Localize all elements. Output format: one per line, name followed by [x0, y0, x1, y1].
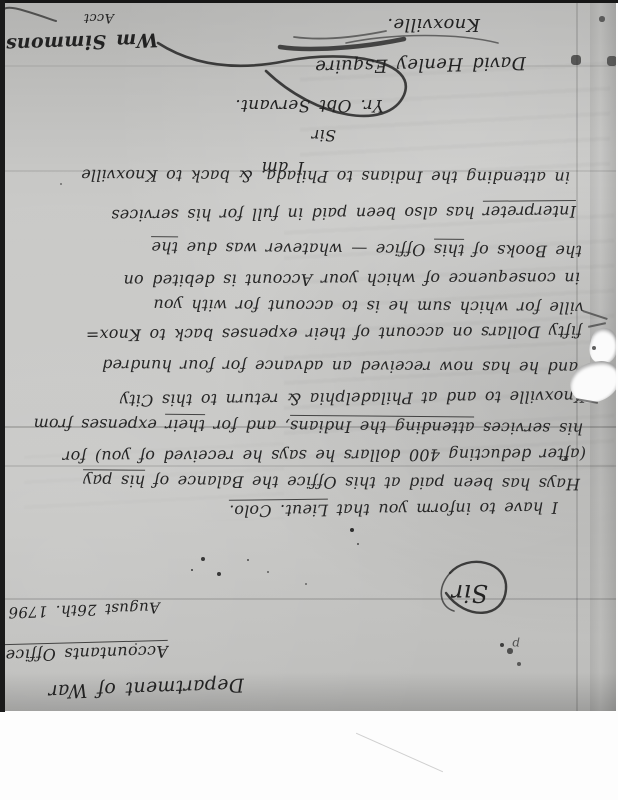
closing-sir: Sir: [311, 126, 336, 145]
letter-body-line: the Books of this Office — whatever was …: [151, 238, 582, 261]
letter-content-upside-down: Department of War Accountants Office Aug…: [4, 2, 616, 711]
letterhead-office: Accountants Office: [5, 640, 168, 665]
phrase: expenses from: [33, 415, 165, 435]
address-place: Knoxville.: [387, 14, 480, 35]
letter-body-line: in attending the Indians to Philada. & b…: [81, 166, 570, 188]
signature-title: Acct: [84, 10, 114, 25]
salutation: Sir: [452, 579, 489, 607]
letter-body-line: Interpreter has also been paid in full f…: [111, 202, 576, 225]
phrase: his services: [474, 418, 583, 438]
underlined-phrase: attending the Indians: [290, 415, 475, 438]
phrase: ville for which sum he is to account for…: [153, 295, 584, 317]
letter-body-line: in consequence of which your Account is …: [123, 269, 580, 290]
scanned-letter-page: Department of War Accountants Office Aug…: [0, 0, 618, 800]
address-recipient: David Henley Esquire: [315, 52, 526, 77]
closing-servant: Yr. Obt Servant.: [235, 95, 384, 115]
phrase: has also been paid in full for his servi…: [111, 203, 483, 225]
underlined-phrase: this: [433, 239, 464, 260]
phrase: I have to inform you that: [328, 498, 558, 519]
letter-body-line: Knoxville to and at Philadelphia & retur…: [120, 387, 586, 410]
letter-paper: Department of War Accountants Office Aug…: [4, 2, 616, 711]
scan-edge-top: [0, 0, 618, 3]
phrase: Hays has been paid at this Office the Ba…: [145, 472, 580, 494]
phrase: the Books of: [464, 241, 582, 261]
phrase: (after deducting 400 dollars he says he …: [63, 445, 586, 467]
letter-body-line: Hays has been paid at this Office the Ba…: [83, 471, 580, 493]
phrase: , and for: [205, 416, 290, 436]
underlined-phrase: Interpreter: [483, 200, 576, 222]
phrase: fifty Dollars on account of their expens…: [86, 322, 582, 344]
underlined-phrase: the: [151, 236, 178, 257]
underlined-phrase: his pay: [83, 469, 145, 490]
underlined-phrase: their: [165, 414, 205, 435]
phrase: in consequence of which your Account is …: [123, 269, 580, 290]
letter-body-line: I have to inform you that Lieut. Colo.: [229, 498, 558, 520]
letter-body-line: (after deducting 400 dollars he says he …: [63, 445, 586, 467]
phrase: Knoxville to and at Philadelphia & retur…: [120, 387, 586, 410]
closing-i-am: I am: [261, 157, 304, 177]
letter-body-line: ville for which sum he is to account for…: [153, 295, 584, 317]
phrase: and he has now received an advance for f…: [102, 356, 578, 377]
scanner-scratch: [356, 733, 443, 773]
scan-edge-left: [0, 0, 5, 712]
letter-body-line: fifty Dollars on account of their expens…: [86, 322, 582, 344]
letter-body-line: and he has now received an advance for f…: [102, 356, 578, 377]
underlined-phrase: Lieut. Colo.: [229, 499, 328, 521]
phrase: Office — whatever was due: [178, 238, 434, 259]
phrase: in attending the Indians to Philada. & b…: [81, 166, 570, 188]
docket-mark: p: [512, 637, 520, 651]
